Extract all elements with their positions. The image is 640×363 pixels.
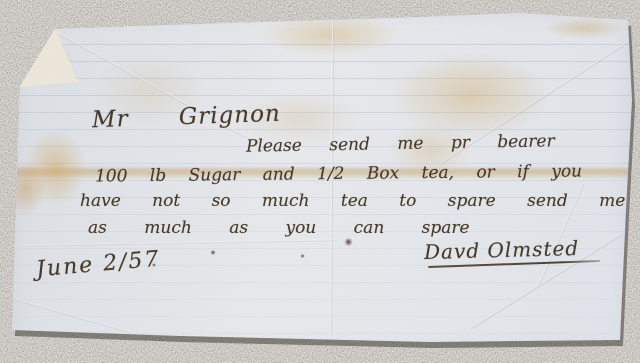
body-line-4: as much as you can spare [88,218,470,238]
signature: Davd Olmsted [424,236,580,264]
body-line-3: have not so much tea to spare send me [80,191,625,211]
photo-of-handwritten-note: Mr Grignon Please send me pr bearer 100 … [0,0,640,363]
